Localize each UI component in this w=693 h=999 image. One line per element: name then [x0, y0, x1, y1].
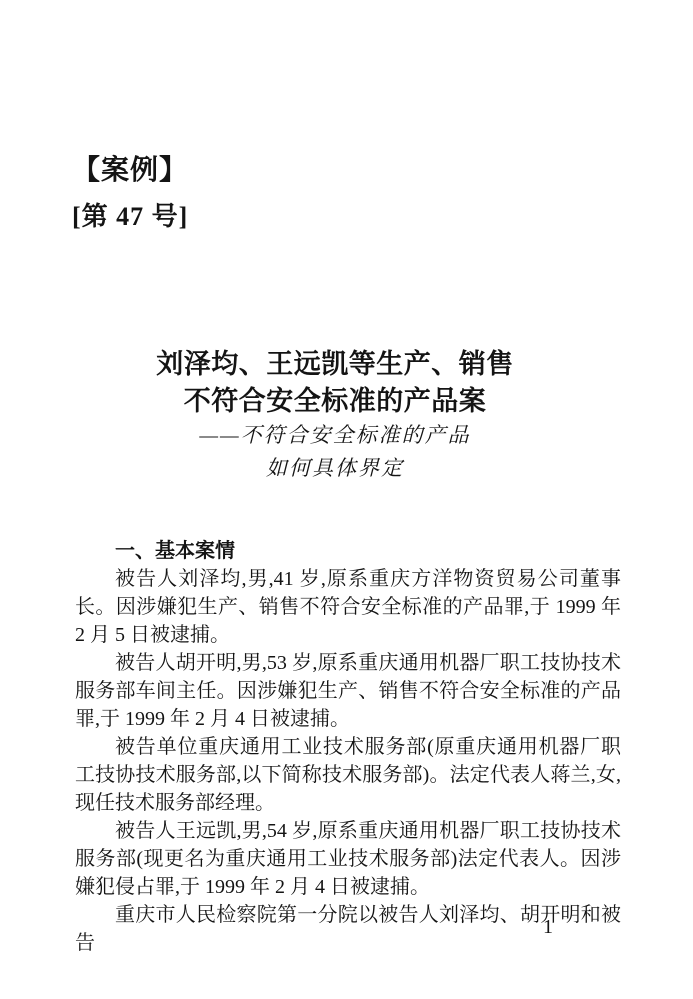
- document-page: 【案例】 [第 47 号] 刘泽均、王远凯等生产、销售 不符合安全标准的产品案 …: [0, 0, 693, 999]
- case-subtitle-line2: 如何具体界定: [60, 452, 610, 485]
- page-number: 1: [543, 914, 553, 940]
- case-body: 一、基本案情 被告人刘泽均,男,41 岁,原系重庆方洋物资贸易公司董事长。因涉嫌…: [75, 537, 621, 957]
- case-subtitle: ——不符合安全标准的产品 如何具体界定: [60, 419, 610, 485]
- paragraph-defendant-unit: 被告单位重庆通用工业技术服务部(原重庆通用机器厂职工技协技术服务部,以下简称技术…: [75, 733, 621, 817]
- case-title-line2: 不符合安全标准的产品案: [60, 383, 610, 420]
- case-subtitle-line1: ——不符合安全标准的产品: [60, 419, 610, 452]
- paragraph-procuratorate: 重庆市人民检察院第一分院以被告人刘泽均、胡开明和被告: [75, 901, 621, 957]
- paragraph-defendant-liu: 被告人刘泽均,男,41 岁,原系重庆方洋物资贸易公司董事长。因涉嫌犯生产、销售不…: [75, 565, 621, 649]
- case-number: [第 47 号]: [72, 200, 188, 234]
- paragraph-defendant-wang: 被告人王远凯,男,54 岁,原系重庆通用机器厂职工技协技术服务部(现更名为重庆通…: [75, 817, 621, 901]
- case-title-line1: 刘泽均、王远凯等生产、销售: [60, 346, 610, 383]
- paragraph-defendant-hu: 被告人胡开明,男,53 岁,原系重庆通用机器厂职工技协技术服务部车间主任。因涉嫌…: [75, 649, 621, 733]
- case-label: 【案例】: [72, 152, 188, 188]
- section-heading: 一、基本案情: [75, 537, 621, 565]
- case-title: 刘泽均、王远凯等生产、销售 不符合安全标准的产品案: [60, 346, 610, 420]
- case-header: 【案例】 [第 47 号]: [72, 152, 188, 234]
